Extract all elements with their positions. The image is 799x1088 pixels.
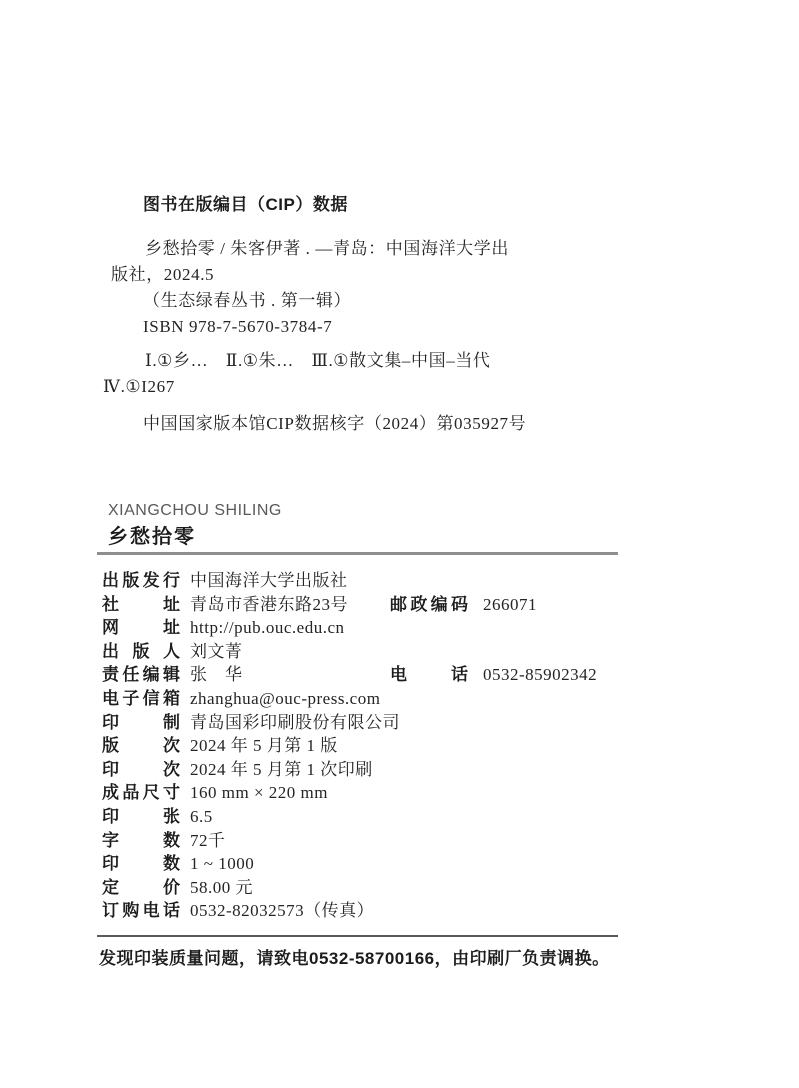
cip-header: 图书在版编目（CIP）数据 [100,192,740,218]
colophon-section: 出版发行中国海洋大学出版社 社址青岛市香港东路23号 邮政编码266071 网址… [100,569,760,923]
field-value: 58.00 元 [190,878,253,897]
field-value: http://pub.ouc.edu.cn [190,618,345,637]
title-block: XIANGCHOU SHILING 乡愁拾零 [108,501,282,550]
colophon-row: 印次2024 年 5 月第 1 次印刷 [100,758,760,782]
colophon-row: 社址青岛市香港东路23号 邮政编码266071 [100,593,760,617]
colophon-row: 网址http://pub.ouc.edu.cn [100,616,760,640]
field-value: 中国海洋大学出版社 [190,571,348,590]
title-divider-rule [97,552,618,555]
book-copyright-page: 图书在版编目（CIP）数据 乡愁拾零 / 朱客伊著 . —青岛：中国海洋大学出 … [0,0,799,1088]
print-quality-notice: 发现印装质量问题，请致电0532-58700166，由印刷厂负责调换。 [99,947,610,971]
field-value: 青岛市香港东路23号 [190,595,348,614]
field-label: 社址 [102,593,180,617]
field-label: 出版发行 [102,569,180,593]
field-value: 2024 年 5 月第 1 版 [190,736,338,755]
book-title-pinyin: XIANGCHOU SHILING [108,501,282,521]
field-value: 1 ~ 1000 [190,854,254,873]
field-label: 订购电话 [102,899,180,923]
field-label: 印数 [102,852,180,876]
field-value-2: 266071 [483,593,537,617]
colophon-row: 字数72千 [100,829,760,853]
colophon-row: 出版人刘文菁 [100,640,760,664]
field-label: 成品尺寸 [102,781,180,805]
colophon-row: 电子信箱zhanghua@ouc-press.com [100,687,760,711]
colophon-row: 订购电话0532-82032573（传真） [100,899,760,923]
field-label: 责任编辑 [102,663,180,687]
field-label: 印次 [102,758,180,782]
colophon-row: 成品尺寸160 mm × 220 mm [100,781,760,805]
colophon-row: 印张6.5 [100,805,760,829]
colophon-row: 定价58.00 元 [100,876,760,900]
field-value: 6.5 [190,807,213,826]
field-label: 出版人 [102,640,180,664]
cip-record-number: 中国国家版本馆CIP数据核字（2024）第035927号 [100,411,740,437]
cip-classification-line2: Ⅳ.①I267 [100,374,740,400]
field-label: 定价 [102,876,180,900]
field-label-2: 邮政编码 [390,593,468,617]
field-label: 印张 [102,805,180,829]
field-value: 0532-82032573（传真） [190,901,374,920]
field-value-2: 0532-85902342 [483,663,597,687]
field-label: 印制 [102,711,180,735]
field-label: 网址 [102,616,180,640]
colophon-row: 出版发行中国海洋大学出版社 [100,569,760,593]
book-title: 乡愁拾零 [108,524,282,550]
field-label: 电子信箱 [102,687,180,711]
footer-divider-rule [97,935,618,937]
field-value: zhanghua@ouc-press.com [190,689,380,708]
colophon-row: 印制青岛国彩印刷股份有限公司 [100,711,760,735]
field-label: 字数 [102,829,180,853]
colophon-row: 责任编辑张 华 电话0532-85902342 [100,663,760,687]
field-value: 张 华 [190,665,243,684]
cip-classification-line1: Ⅰ.①乡… Ⅱ.①朱… Ⅲ.①散文集–中国–当代 [100,348,740,374]
field-value: 160 mm × 220 mm [190,783,328,802]
field-value: 青岛国彩印刷股份有限公司 [190,713,400,732]
field-value: 刘文菁 [190,642,243,661]
cip-isbn: ISBN 978-7-5670-3784-7 [100,314,740,340]
field-label: 版次 [102,734,180,758]
cip-entry-line1: 乡愁拾零 / 朱客伊著 . —青岛：中国海洋大学出 [100,236,740,262]
field-value: 72千 [190,831,226,850]
cip-entry-line2: 版社，2024.5 [100,262,740,288]
colophon-row: 印数1 ~ 1000 [100,852,760,876]
cip-series: （生态绿春丛书 . 第一辑） [100,288,740,314]
field-label-2: 电话 [390,663,468,687]
field-value: 2024 年 5 月第 1 次印刷 [190,760,373,779]
cip-section: 图书在版编目（CIP）数据 乡愁拾零 / 朱客伊著 . —青岛：中国海洋大学出 … [100,192,740,437]
colophon-row: 版次2024 年 5 月第 1 版 [100,734,760,758]
